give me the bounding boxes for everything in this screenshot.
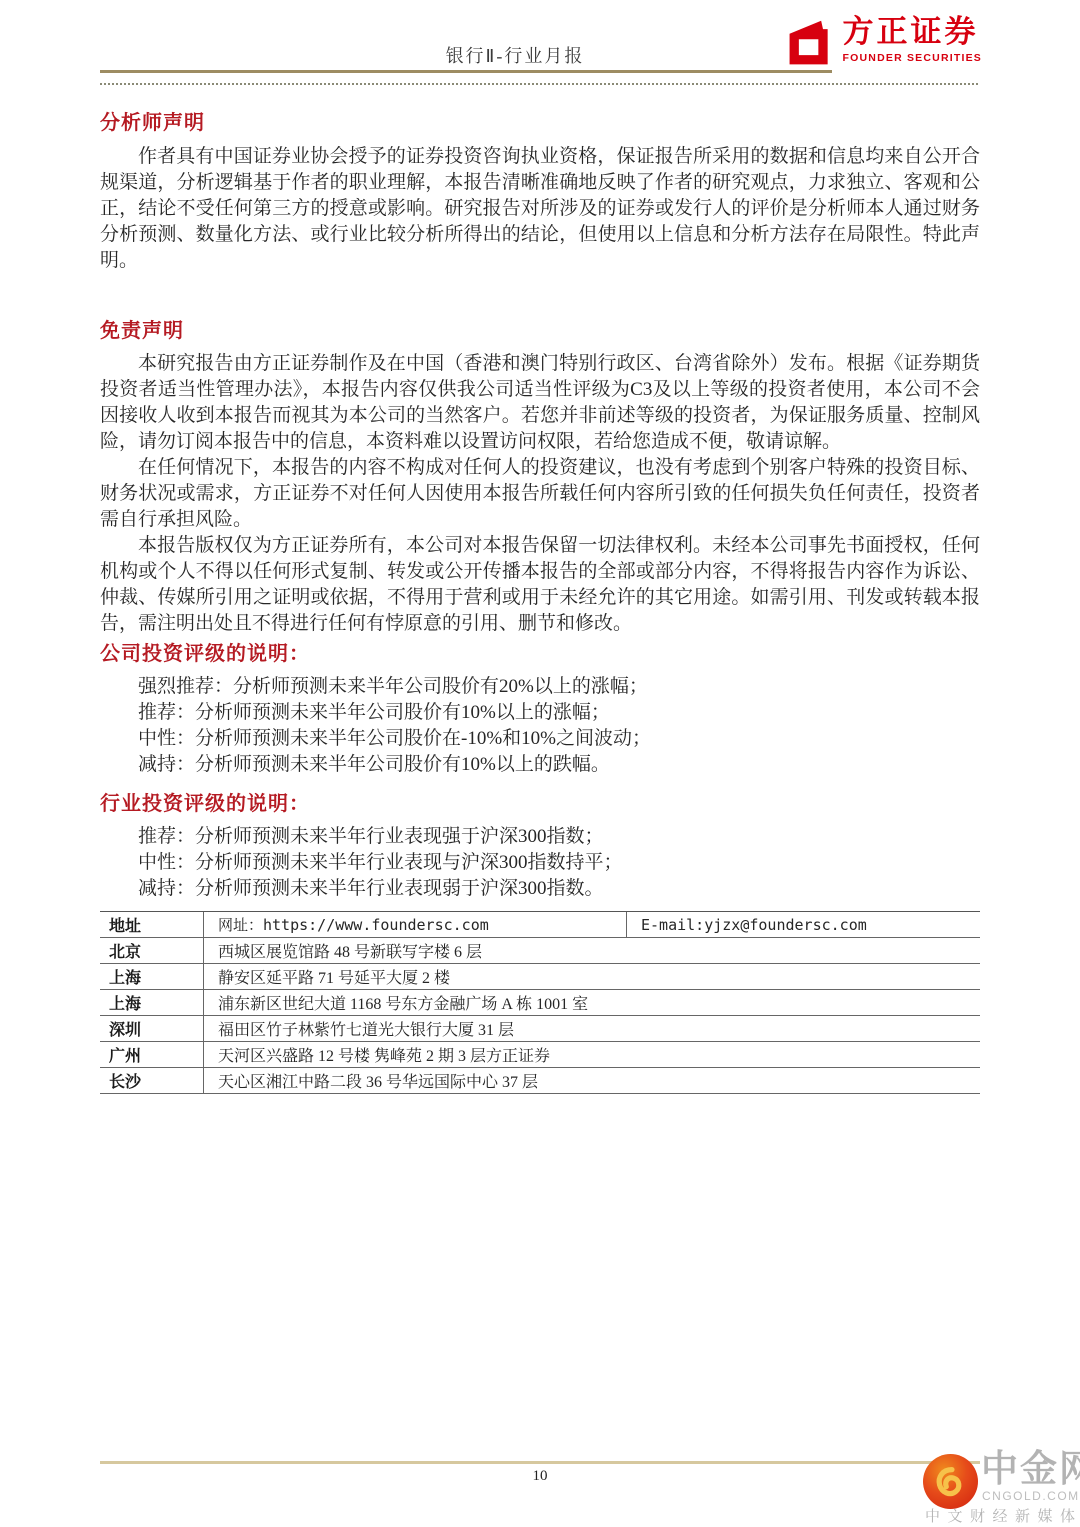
section-title-company-rating: 公司投资评级的说明： (100, 643, 980, 665)
report-body: 分析师声明 作者具有中国证券业协会授予的证券投资咨询执业资格，保证报告所采用的数… (100, 0, 980, 1094)
table-cell-address: 浦东新区世纪大道 1168 号东方金融广场 A 栋 1001 室 (203, 990, 980, 1015)
table-cell-city: 长沙 (100, 1068, 203, 1093)
industry-rating-list: 推荐：分析师预测未来半年行业表现强于沪深300指数； 中性：分析师预测未来半年行… (100, 824, 980, 902)
table-cell-address: 静安区延平路 71 号延平大厦 2 楼 (203, 964, 980, 989)
cngold-domain: CNGOLD.COM.CN (982, 1489, 1080, 1503)
table-cell-city: 深圳 (100, 1016, 203, 1041)
company-rating-list: 强烈推荐：分析师预测未来半年公司股价有20%以上的涨幅； 推荐：分析师预测未来半… (100, 674, 980, 778)
contact-address-table: 地址 网址：https://www.foundersc.com E-mail:y… (100, 911, 980, 1094)
table-cell-address: 天河区兴盛路 12 号楼 隽峰苑 2 期 3 层方正证券 (203, 1042, 980, 1067)
cngold-tagline: 中文财经新媒体 (925, 1505, 1080, 1526)
table-cell-address: 天心区湘江中路二段 36 号华远国际中心 37 层 (203, 1068, 980, 1093)
table-cell-city: 北京 (100, 938, 203, 963)
table-row-shanghai-1: 上海 静安区延平路 71 号延平大厦 2 楼 (100, 964, 980, 990)
table-cell-city: 上海 (100, 990, 203, 1015)
table-row-shanghai-2: 上海 浦东新区世纪大道 1168 号东方金融广场 A 栋 1001 室 (100, 990, 980, 1016)
table-row-guangzhou: 广州 天河区兴盛路 12 号楼 隽峰苑 2 期 3 层方正证券 (100, 1042, 980, 1068)
table-row-shenzhen: 深圳 福田区竹子林紫竹七道光大银行大厦 31 层 (100, 1016, 980, 1042)
industry-rating-item: 中性：分析师预测未来半年行业表现与沪深300指数持平； (138, 850, 980, 876)
section-title-analyst-statement: 分析师声明 (100, 112, 980, 134)
section-title-industry-rating: 行业投资评级的说明： (100, 793, 980, 815)
table-cell-city: 广州 (100, 1042, 203, 1067)
disclaimer-paragraph-2: 在任何情况下，本报告的内容不构成对任何人的投资建议，也没有考虑到个别客户特殊的投… (100, 455, 980, 533)
table-cell-address: 西城区展览馆路 48 号新联写字楼 6 层 (203, 938, 980, 963)
cngold-name: 中金网 (981, 1450, 1080, 1487)
analyst-statement-paragraph: 作者具有中国证券业协会授予的证券投资咨询执业资格，保证报告所采用的数据和信息均来… (100, 144, 980, 274)
email-address: E-mail:yjzx@foundersc.com (626, 912, 980, 937)
report-page: 银行Ⅱ-行业月报 方正证券 FOUNDER SECURITIES 分析师声明 作… (0, 0, 1080, 1527)
cngold-watermark: 中金网 CNGOLD.COM.CN 中文财经新媒体 (918, 1448, 1080, 1527)
disclaimer-paragraph-1: 本研究报告由方正证券制作及在中国（香港和澳门特别行政区、台湾省除外）发布。根据《… (100, 351, 980, 455)
table-row-changsha: 长沙 天心区湘江中路二段 36 号华远国际中心 37 层 (100, 1068, 980, 1094)
company-rating-item: 推荐：分析师预测未来半年公司股价有10%以上的涨幅； (138, 700, 980, 726)
table-cell-label: 地址 (100, 912, 203, 937)
company-rating-item: 减持：分析师预测未来半年公司股价有10%以上的跌幅。 (138, 752, 980, 778)
disclaimer-paragraph-3: 本报告版权仅为方正证券所有，本公司对本报告保留一切法律权利。未经本公司事先书面授… (100, 533, 980, 637)
table-row-address-header: 地址 网址：https://www.foundersc.com E-mail:y… (100, 912, 980, 938)
footer-rule (100, 1461, 980, 1464)
industry-rating-item: 减持：分析师预测未来半年行业表现弱于沪深300指数。 (138, 876, 980, 902)
company-rating-item: 强烈推荐：分析师预测未来半年公司股价有20%以上的涨幅； (138, 674, 980, 700)
industry-rating-item: 推荐：分析师预测未来半年行业表现强于沪深300指数； (138, 824, 980, 850)
table-cell-address: 福田区竹子林紫竹七道光大银行大厦 31 层 (203, 1016, 980, 1041)
table-cell-city: 上海 (100, 964, 203, 989)
cngold-logo-icon (923, 1454, 978, 1509)
company-rating-item: 中性：分析师预测未来半年公司股价在-10%和10%之间波动； (138, 726, 980, 752)
table-row-beijing: 北京 西城区展览馆路 48 号新联写字楼 6 层 (100, 938, 980, 964)
section-title-disclaimer: 免责声明 (100, 320, 980, 342)
website-url: 网址：https://www.foundersc.com (203, 912, 626, 937)
